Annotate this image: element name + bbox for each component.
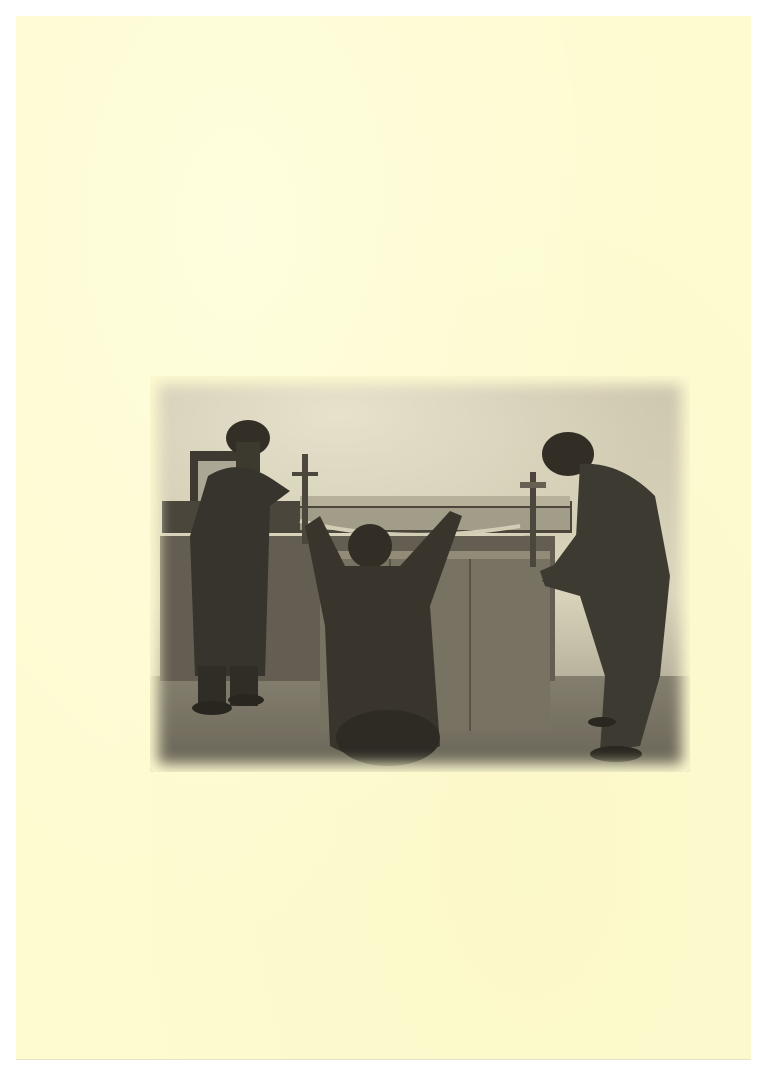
photograph bbox=[150, 376, 690, 772]
document-page bbox=[16, 16, 751, 1060]
photograph-image bbox=[150, 376, 690, 772]
